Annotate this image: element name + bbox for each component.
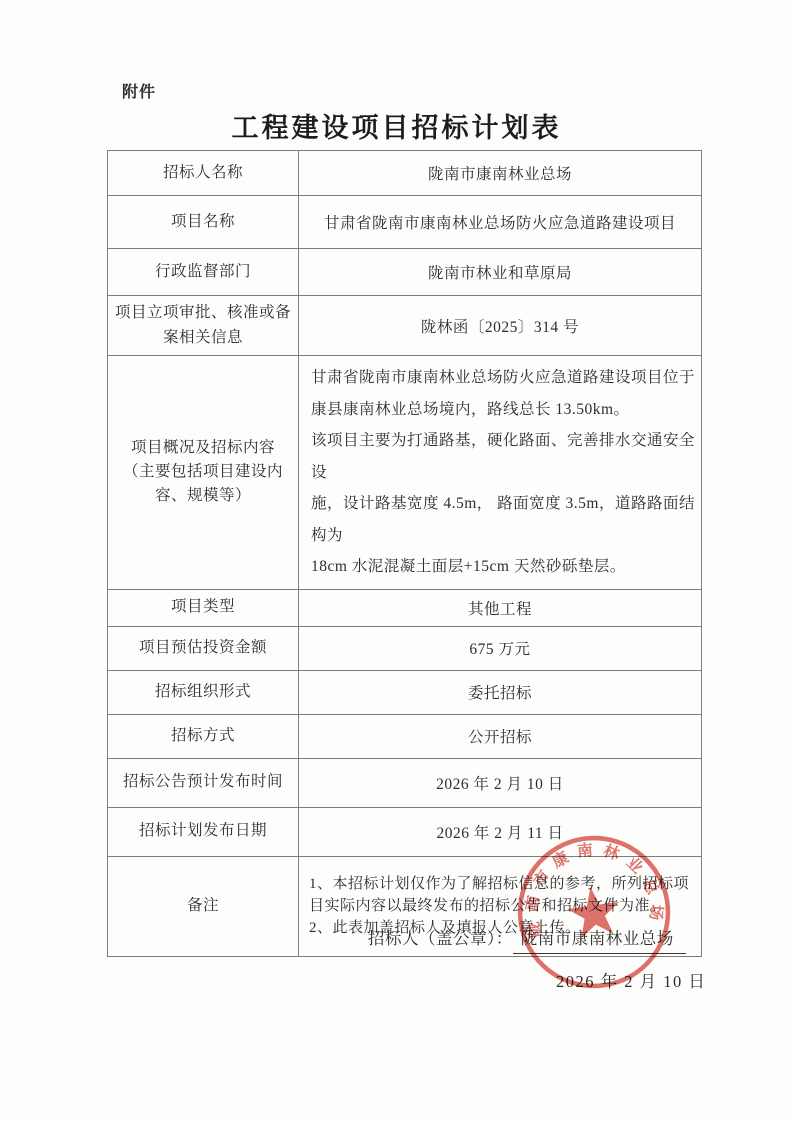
row-label: 项目名称: [108, 196, 299, 249]
row-label: 招标公告预计发布时间: [108, 758, 299, 807]
row-label: 项目立项审批、核准或备 案相关信息: [108, 296, 299, 356]
row-value: 陇林函〔2025〕314 号: [299, 296, 702, 356]
row-value: 甘肃省陇南市康南林业总场防火应急道路建设项目: [299, 196, 702, 249]
table-row-announcement-date: 招标公告预计发布时间 2026 年 2 月 10 日: [108, 758, 702, 807]
row-value: 甘肃省陇南市康南林业总场防火应急道路建设项目位于 康县康南林业总场境内，路线总长…: [299, 356, 702, 590]
table-row-project-overview: 项目概况及招标内容 （主要包括项目建设内 容、规模等） 甘肃省陇南市康南林业总场…: [108, 356, 702, 590]
row-label: 招标方式: [108, 714, 299, 758]
row-label: 备注: [108, 856, 299, 956]
table-row-tender-method: 招标方式 公开招标: [108, 714, 702, 758]
row-value: 委托招标: [299, 670, 702, 714]
table-row-project-name: 项目名称 甘肃省陇南市康南林业总场防火应急道路建设项目: [108, 196, 702, 249]
table-row-organization-form: 招标组织形式 委托招标: [108, 670, 702, 714]
row-label: 项目预估投资金额: [108, 626, 299, 670]
row-label: 招标计划发布日期: [108, 807, 299, 856]
table-row-plan-publish-date: 招标计划发布日期 2026 年 2 月 11 日: [108, 807, 702, 856]
table-row-bidder-name: 招标人名称 陇南市康南林业总场: [108, 151, 702, 196]
signature-date: 2026 年 2 月 10 日: [556, 968, 706, 992]
row-value: 陇南市林业和草原局: [299, 249, 702, 296]
table-row-estimated-investment: 项目预估投资金额 675 万元: [108, 626, 702, 670]
row-value: 其他工程: [299, 589, 702, 626]
row-label: 项目概况及招标内容 （主要包括项目建设内 容、规模等）: [108, 356, 299, 590]
table-row-approval-info: 项目立项审批、核准或备 案相关信息 陇林函〔2025〕314 号: [108, 296, 702, 356]
page-title: 工程建设项目招标计划表: [0, 106, 793, 145]
table-row-supervisory-department: 行政监督部门 陇南市林业和草原局: [108, 249, 702, 296]
row-label: 招标人名称: [108, 151, 299, 196]
row-label: 行政监督部门: [108, 249, 299, 296]
row-value: 公开招标: [299, 714, 702, 758]
row-label: 项目类型: [108, 589, 299, 626]
row-value: 2026 年 2 月 10 日: [299, 758, 702, 807]
row-label: 招标组织形式: [108, 670, 299, 714]
row-value: 2026 年 2 月 11 日: [299, 807, 702, 856]
row-value: 675 万元: [299, 626, 702, 670]
signature-line: 招标人（盖公章）：陇南市康南林业总场: [368, 925, 686, 954]
attachment-label: 附件: [122, 79, 156, 102]
tender-plan-table: 招标人名称 陇南市康南林业总场 项目名称 甘肃省陇南市康南林业总场防火应急道路建…: [107, 150, 702, 957]
row-value: 陇南市康南林业总场: [299, 151, 702, 196]
signer-name: 陇南市康南林业总场: [513, 925, 686, 954]
document-page: 附件 工程建设项目招标计划表 招标人名称 陇南市康南林业总场 项目名称 甘肃省陇…: [0, 0, 793, 1122]
table-row-project-type: 项目类型 其他工程: [108, 589, 702, 626]
signer-label: 招标人（盖公章）：: [368, 929, 513, 948]
